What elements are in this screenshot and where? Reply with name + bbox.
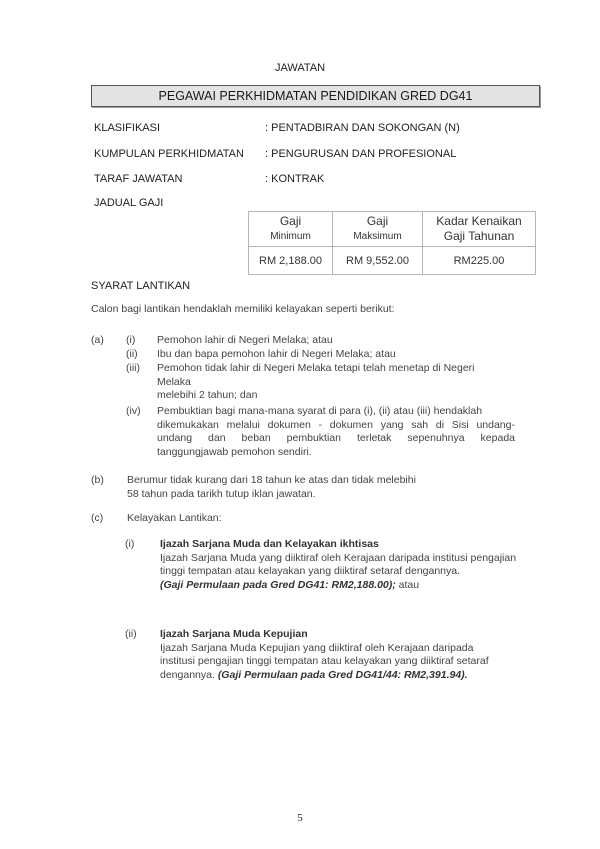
prefix: dengannya. (160, 669, 218, 681)
item-a-iii-text: Pemohon tidak lahir di Negeri Melaka tet… (157, 362, 475, 403)
salary-table-value-row: RM 2,188.00 RM 9,552.00 RM225.00 (249, 247, 536, 275)
salary-note: (Gaji Permulaan pada Gred DG41/44: RM2,3… (218, 669, 468, 681)
text-line: Melaka (157, 376, 475, 390)
text-line: tinggi tempatan atau kelayakan yang diik… (160, 565, 516, 579)
info-label-taraf: TARAF JAWATAN (94, 173, 182, 185)
header-line: Maksimum (333, 229, 422, 244)
item-c-i-marker: (i) (125, 538, 134, 550)
item-a-iv-marker: (iv) (126, 405, 141, 417)
text-line: undang dan beban pembuktian terletak sep… (157, 432, 515, 446)
item-a-ii-marker: (ii) (126, 348, 138, 360)
qualification-heading: Ijazah Sarjana Muda Kepujian (160, 628, 489, 642)
item-c-ii-marker: (ii) (125, 628, 137, 640)
value-gaji-minimum: RM 2,188.00 (249, 247, 333, 275)
section-heading: JAWATAN (0, 62, 600, 74)
item-a-iv-text: Pembuktian bagi mana-mana syarat di para… (157, 405, 515, 459)
header-gaji-minimum: Gaji Minimum (249, 212, 333, 247)
page-number: 5 (0, 812, 600, 824)
requirements-intro: Calon bagi lantikan hendaklah memiliki k… (91, 303, 395, 317)
text-line: melebihi 2 tahun; dan (157, 389, 475, 403)
info-value-taraf: : KONTRAK (265, 173, 324, 185)
text-line: tanggungjawab pemohon sendiri. (157, 446, 515, 460)
header-line: Gaji Tahunan (423, 229, 535, 244)
item-c-title: Kelayakan Lantikan: (127, 512, 222, 526)
value-kadar-kenaikan: RM225.00 (423, 247, 536, 275)
item-c-ii-body: Ijazah Sarjana Muda Kepujian Ijazah Sarj… (160, 628, 489, 682)
text-line: Ijazah Sarjana Muda Kepujian yang diikti… (160, 642, 489, 656)
salary-table-header-row: Gaji Minimum Gaji Maksimum Kadar Kenaika… (249, 212, 536, 247)
item-a-iii-marker: (iii) (126, 362, 140, 374)
text-line: Pembuktian bagi mana-mana syarat di para… (157, 405, 515, 419)
item-a-i-marker: (i) (126, 334, 135, 346)
requirements-title: SYARAT LANTIKAN (91, 280, 190, 292)
value-gaji-maksimum: RM 9,552.00 (333, 247, 423, 275)
item-b-text: Berumur tidak kurang dari 18 tahun ke at… (127, 474, 416, 501)
salary-note: (Gaji Permulaan pada Gred DG41: RM2,188.… (160, 579, 396, 591)
position-title-box: PEGAWAI PERKHIDMATAN PENDIDIKAN GRED DG4… (91, 85, 540, 107)
item-a-i-text: Pemohon lahir di Negeri Melaka; atau (157, 334, 333, 348)
info-label-kumpulan: KUMPULAN PERKHIDMATAN (94, 148, 244, 160)
text-line: Ijazah Sarjana Muda yang diiktiraf oleh … (160, 552, 516, 566)
header-kadar-kenaikan: Kadar Kenaikan Gaji Tahunan (423, 212, 536, 247)
info-value-klasifikasi: : PENTADBIRAN DAN SOKONGAN (N) (265, 122, 460, 134)
item-a-ii-text: Ibu dan bapa pemohon lahir di Negeri Mel… (157, 348, 396, 362)
item-c-marker: (c) (91, 512, 103, 524)
text-line: (Gaji Permulaan pada Gred DG41: RM2,188.… (160, 579, 516, 593)
suffix: atau (396, 579, 419, 591)
header-gaji-maksimum: Gaji Maksimum (333, 212, 423, 247)
text-line: Berumur tidak kurang dari 18 tahun ke at… (127, 474, 416, 488)
qualification-heading: Ijazah Sarjana Muda dan Kelayakan ikhtis… (160, 538, 516, 552)
text-line: Pemohon tidak lahir di Negeri Melaka tet… (157, 362, 475, 376)
item-a-marker: (a) (91, 334, 104, 346)
header-line: Gaji (249, 214, 332, 229)
item-b-marker: (b) (91, 474, 104, 486)
info-value-kumpulan: : PENGURUSAN DAN PROFESIONAL (265, 148, 456, 160)
header-line: Gaji (333, 214, 422, 229)
info-label-jadual-gaji: JADUAL GAJI (94, 197, 163, 209)
text-line: institusi pengajian tinggi tempatan atau… (160, 655, 489, 669)
info-label-klasifikasi: KLASIFIKASI (94, 122, 160, 134)
text-line: dikemukakan melalui dokumen - dokumen ya… (157, 419, 515, 433)
text-line: 58 tahun pada tarikh tutup iklan jawatan… (127, 488, 416, 502)
text-line: dengannya. (Gaji Permulaan pada Gred DG4… (160, 669, 489, 683)
header-line: Kadar Kenaikan (423, 214, 535, 229)
salary-table: Gaji Minimum Gaji Maksimum Kadar Kenaika… (248, 211, 536, 275)
header-line: Minimum (249, 229, 332, 244)
item-c-i-body: Ijazah Sarjana Muda dan Kelayakan ikhtis… (160, 538, 516, 592)
